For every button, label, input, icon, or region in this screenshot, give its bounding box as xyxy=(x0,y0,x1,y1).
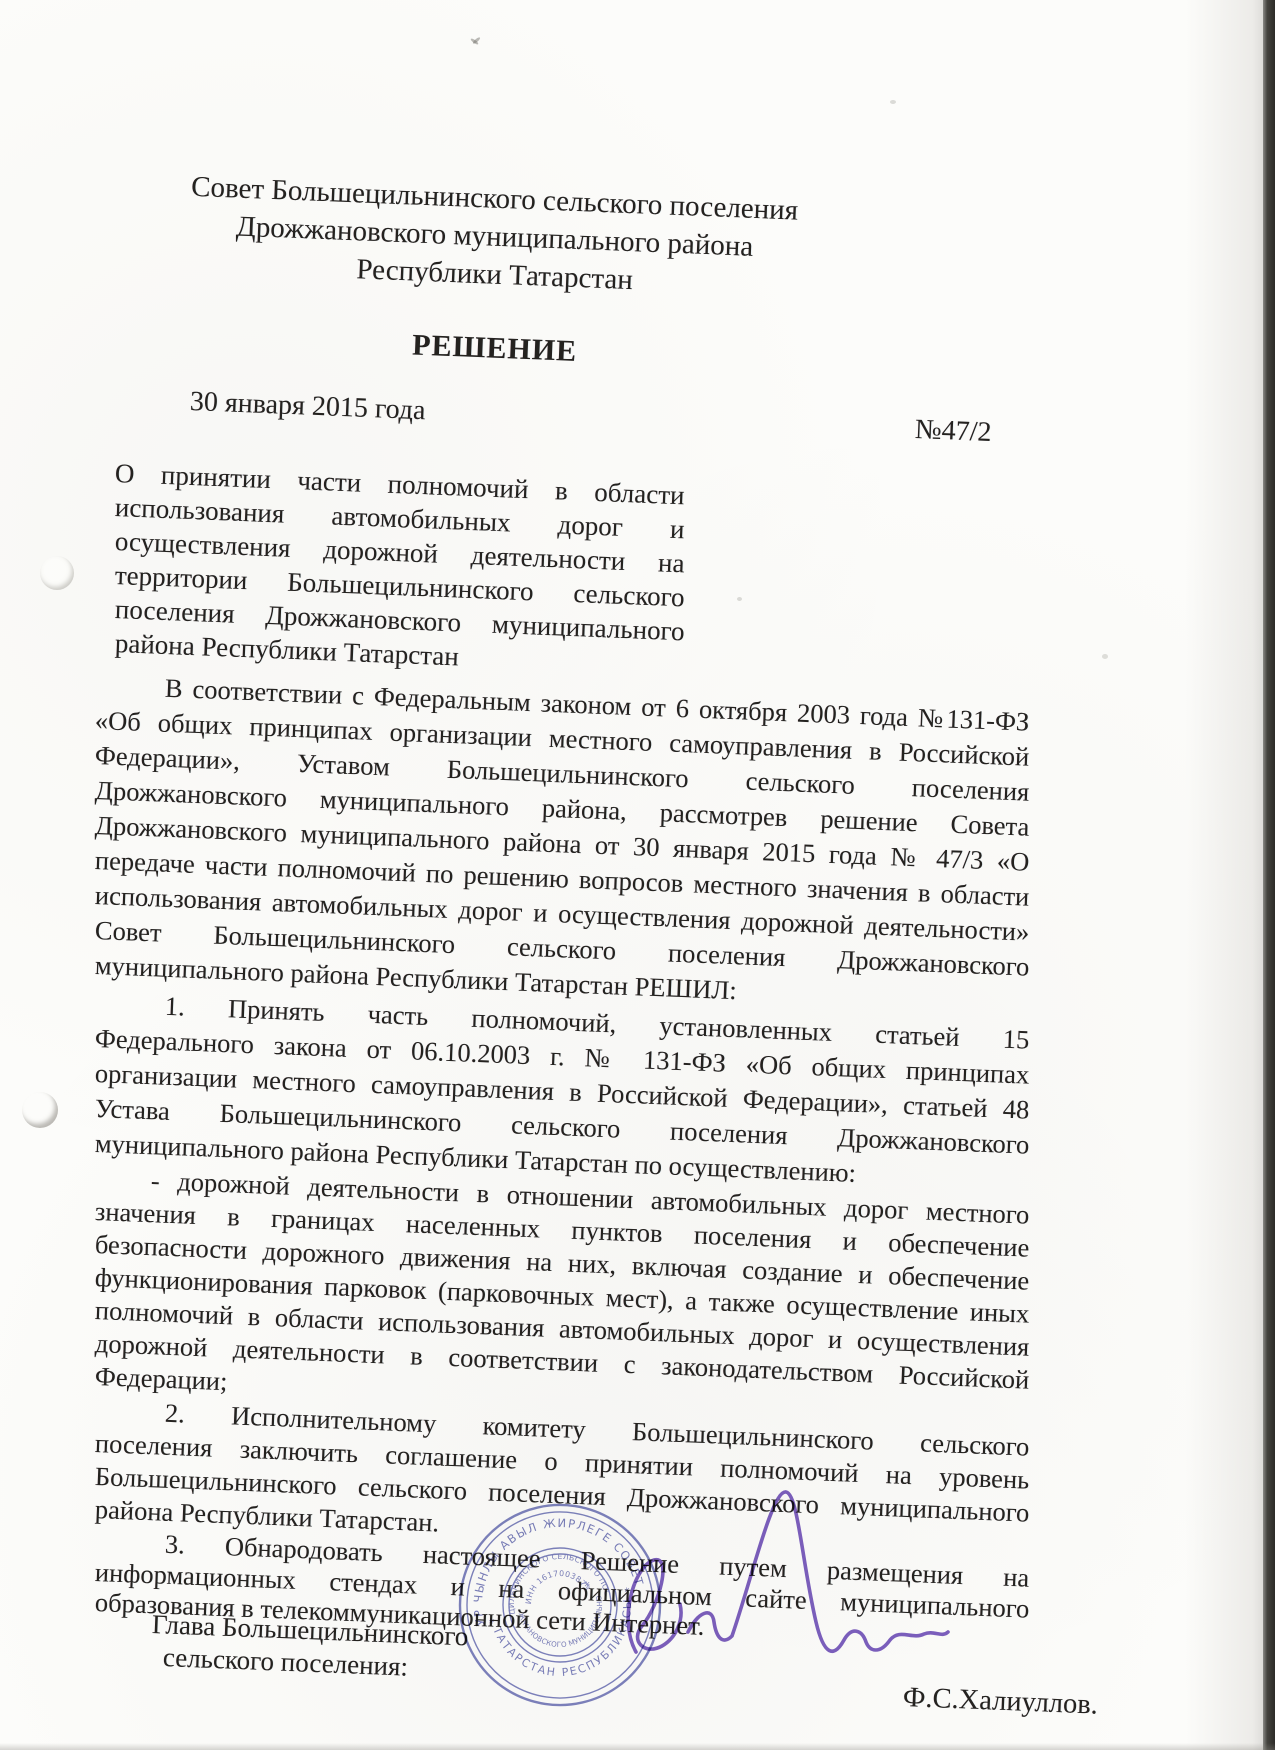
scan-artifact xyxy=(890,100,896,104)
resolution-item-1-subclause: - дорожной деятельности в отношении авто… xyxy=(95,1162,1030,1393)
subject-block: О принятии части полномочий в областиисп… xyxy=(115,456,685,660)
scan-artifact xyxy=(737,597,742,601)
document-date: 30 января 2015 года xyxy=(189,386,426,427)
punch-hole-shadow xyxy=(22,1092,58,1128)
organization-header: Совет Большецильнинского сельского посел… xyxy=(95,164,895,278)
paper-background: Совет Большецильнинского сельского посел… xyxy=(0,0,1275,1750)
preamble-paragraph: В соответствии с Федеральным законом от … xyxy=(95,668,1030,983)
scan-edge-shadow xyxy=(1185,0,1275,1750)
document-type-title: РЕШЕНИЕ xyxy=(95,316,895,350)
scan-edge-dark-band xyxy=(1263,0,1275,1750)
resolution-item-1: 1. Принять часть полномочий, установленн… xyxy=(95,986,1030,1161)
document-number: №47/2 xyxy=(914,414,992,449)
scan-artifact xyxy=(1102,654,1108,659)
punch-hole-shadow xyxy=(40,556,74,590)
doc-title-text: РЕШЕНИЕ xyxy=(94,316,895,381)
handwritten-signature xyxy=(600,1470,980,1710)
scan-edge-bottom xyxy=(0,1743,1275,1750)
scanned-document-page: { "document": { "org_header_lines": [ "С… xyxy=(0,0,1275,1750)
seal-star-left-icon: * xyxy=(488,1616,497,1630)
